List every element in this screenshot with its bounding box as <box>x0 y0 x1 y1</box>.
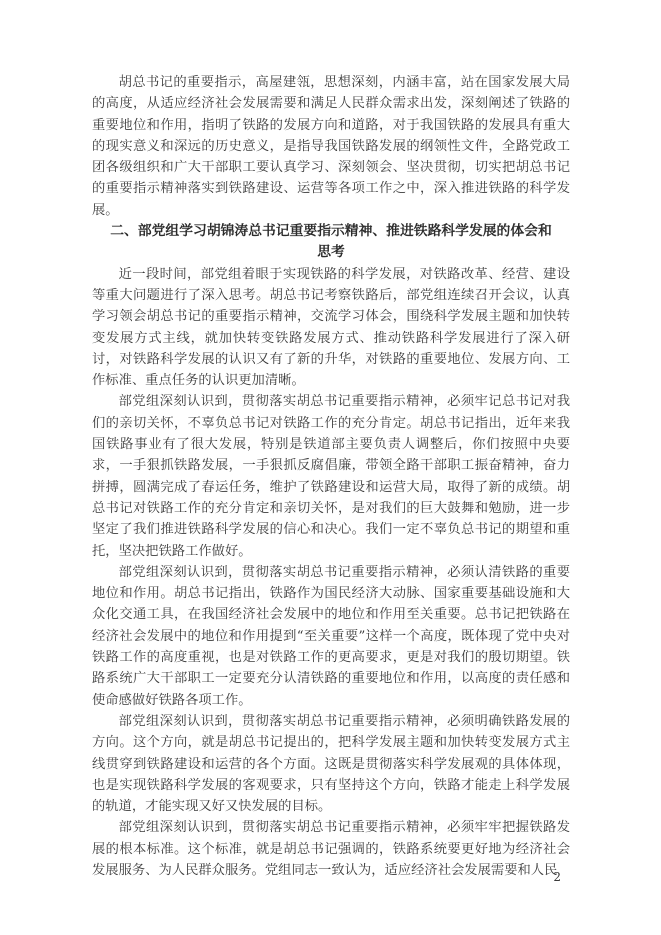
document-page: 胡总书记的重要指示，高屋建瓴，思想深刻，内涵丰富，站在国家发展大局的高度，从适应… <box>0 0 661 935</box>
paragraph-intro: 胡总书记的重要指示，高屋建瓴，思想深刻，内涵丰富，站在国家发展大局的高度，从适应… <box>92 72 570 221</box>
paragraph-point-3: 部党组深刻认识到，贯彻落实胡总书记重要指示精神，必须明确铁路发展的方向。这个方向… <box>92 711 570 817</box>
page-number: 2 <box>553 871 561 883</box>
section-heading-line-2: 思考 <box>92 242 570 263</box>
section-heading: 二、部党组学习胡锦涛总书记重要指示精神、推进铁路科学发展的体会和 思考 <box>92 221 570 264</box>
paragraph-point-4: 部党组深刻认识到，贯彻落实胡总书记重要指示精神，必须牢牢把握铁路发展的根本标准。… <box>92 817 570 881</box>
paragraph-overview: 近一段时间，部党组着眼于实现铁路的科学发展，对铁路改革、经营、建设等重大问题进行… <box>92 264 570 392</box>
paragraph-point-2: 部党组深刻认识到，贯彻落实胡总书记重要指示精神，必须认清铁路的重要地位和作用。胡… <box>92 562 570 711</box>
section-heading-line-1: 二、部党组学习胡锦涛总书记重要指示精神、推进铁路科学发展的体会和 <box>92 221 570 242</box>
paragraph-point-1: 部党组深刻认识到，贯彻落实胡总书记重要指示精神，必须牢记总书记对我们的亲切关怀，… <box>92 391 570 561</box>
page-body: 胡总书记的重要指示，高屋建瓴，思想深刻，内涵丰富，站在国家发展大局的高度，从适应… <box>92 72 570 881</box>
